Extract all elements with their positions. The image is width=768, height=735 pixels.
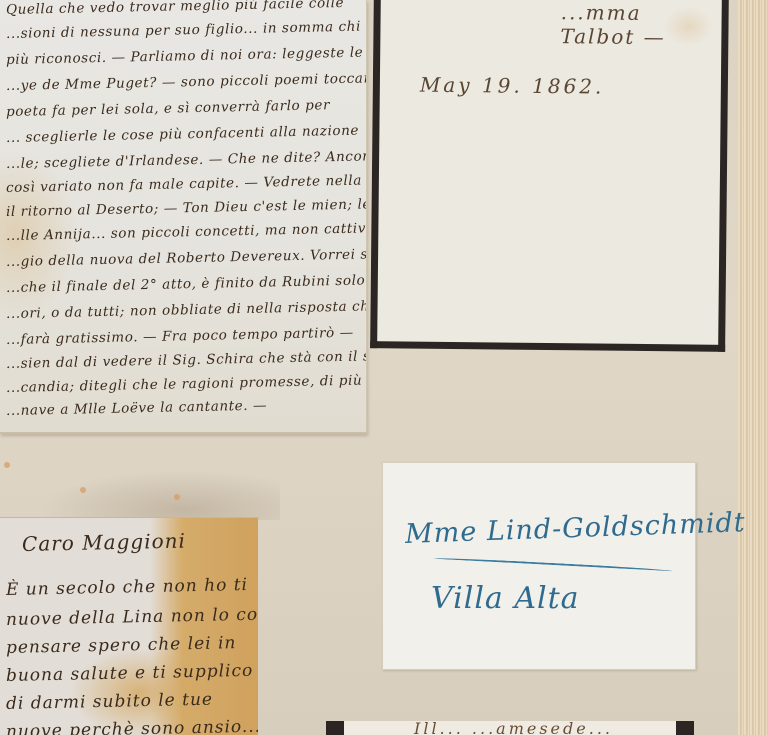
signature-flourish <box>433 557 673 574</box>
letter-line: ...sioni di nessuna per suo figlio... in… <box>6 18 367 42</box>
letter-line: ...candia; ditegli che le ragioni promes… <box>6 373 363 396</box>
letter-line: ...farà gratissimo. — Fra poco tempo par… <box>6 325 354 348</box>
calling-card-place: Villa Alta <box>431 581 580 616</box>
bottom-card-text: Ill... ...amesede... <box>414 719 613 735</box>
letter-line: nuove perchè sono ansio... <box>6 717 258 735</box>
calling-card-name: Mme Lind-Goldschmidt <box>405 507 747 550</box>
letter-line: poeta fa per lei sola, e sì converrà far… <box>6 97 330 120</box>
letter-line: Quella che vedo trovar meglio più facile… <box>6 0 344 18</box>
shadow <box>40 470 280 520</box>
foxing-spot <box>80 487 86 493</box>
date: May 19. 1862. <box>420 73 605 99</box>
letter-top-left: Quella che vedo trovar meglio più facile… <box>0 0 367 434</box>
signature: ...mma Talbot — <box>560 0 721 50</box>
letter-line: ... sceglierle le cose più confacenti al… <box>6 123 359 146</box>
letter-line: ...ye de Mme Puget? — sono piccoli poemi… <box>6 69 367 94</box>
bottom-mourning-card: Ill... ...amesede... <box>326 721 694 735</box>
mourning-card: ...mma Talbot — May 19. 1862. <box>370 0 729 352</box>
letter-line: ...nave a Mlle Loëve la cantante. — <box>6 398 267 419</box>
salutation: Caro Maggioni <box>22 529 186 556</box>
letter-line: più riconosci. — Parliamo di noi ora: le… <box>6 45 364 68</box>
foxing-spot <box>174 494 180 500</box>
letter-bottom-left: Caro Maggioni È un secolo che non ho ti … <box>0 517 258 735</box>
calling-card: Mme Lind-Goldschmidt Villa Alta <box>382 462 696 670</box>
foxing-spot <box>4 462 10 468</box>
letter-line: ...sien dal di vedere il Sig. Schira che… <box>6 348 367 372</box>
album-page-edges <box>738 0 768 735</box>
